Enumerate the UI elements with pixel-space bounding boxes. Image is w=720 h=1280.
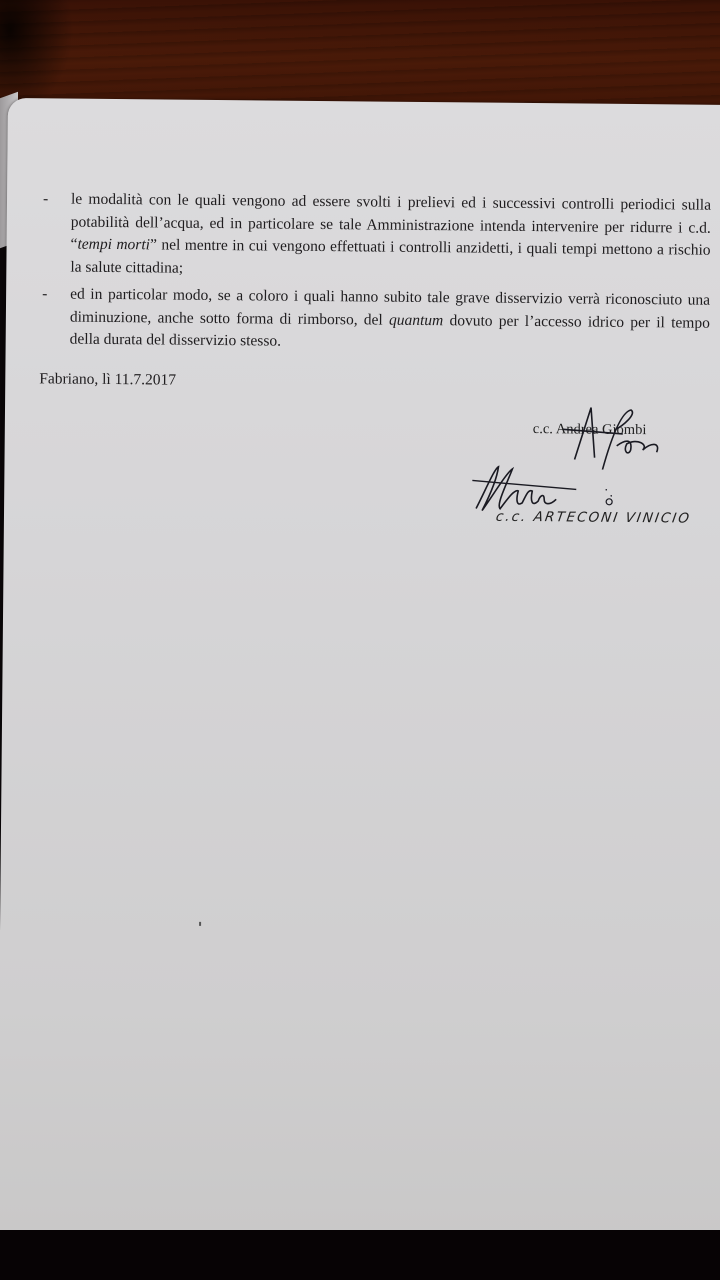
signature-printed-name: c.c. ARTECONI VINICIO xyxy=(495,509,692,527)
bullet-item-1: - le modalità con le quali vengono ad es… xyxy=(70,189,711,285)
place-date: Fabriano, lì 11.7.2017 xyxy=(39,368,176,392)
signature-giombi: c.c. Andrea Giombi xyxy=(533,421,647,439)
bullet-text: ed in particolar modo, se a coloro i qua… xyxy=(70,284,711,358)
bullet-item-2: - ed in particolar modo, se a coloro i q… xyxy=(70,284,711,358)
signature-arteconi: c.c. ARTECONI VINICIO xyxy=(466,458,720,545)
bullet-text: le modalità con le quali vengono ad esse… xyxy=(70,189,711,285)
handwritten-signature-icon xyxy=(466,458,720,540)
document-page: - le modalità con le quali vengono ad es… xyxy=(0,98,720,1240)
paper-speck xyxy=(199,922,201,926)
bullet-dash: - xyxy=(42,283,47,306)
bullet-dash: - xyxy=(43,188,48,211)
dark-background xyxy=(0,1230,720,1280)
